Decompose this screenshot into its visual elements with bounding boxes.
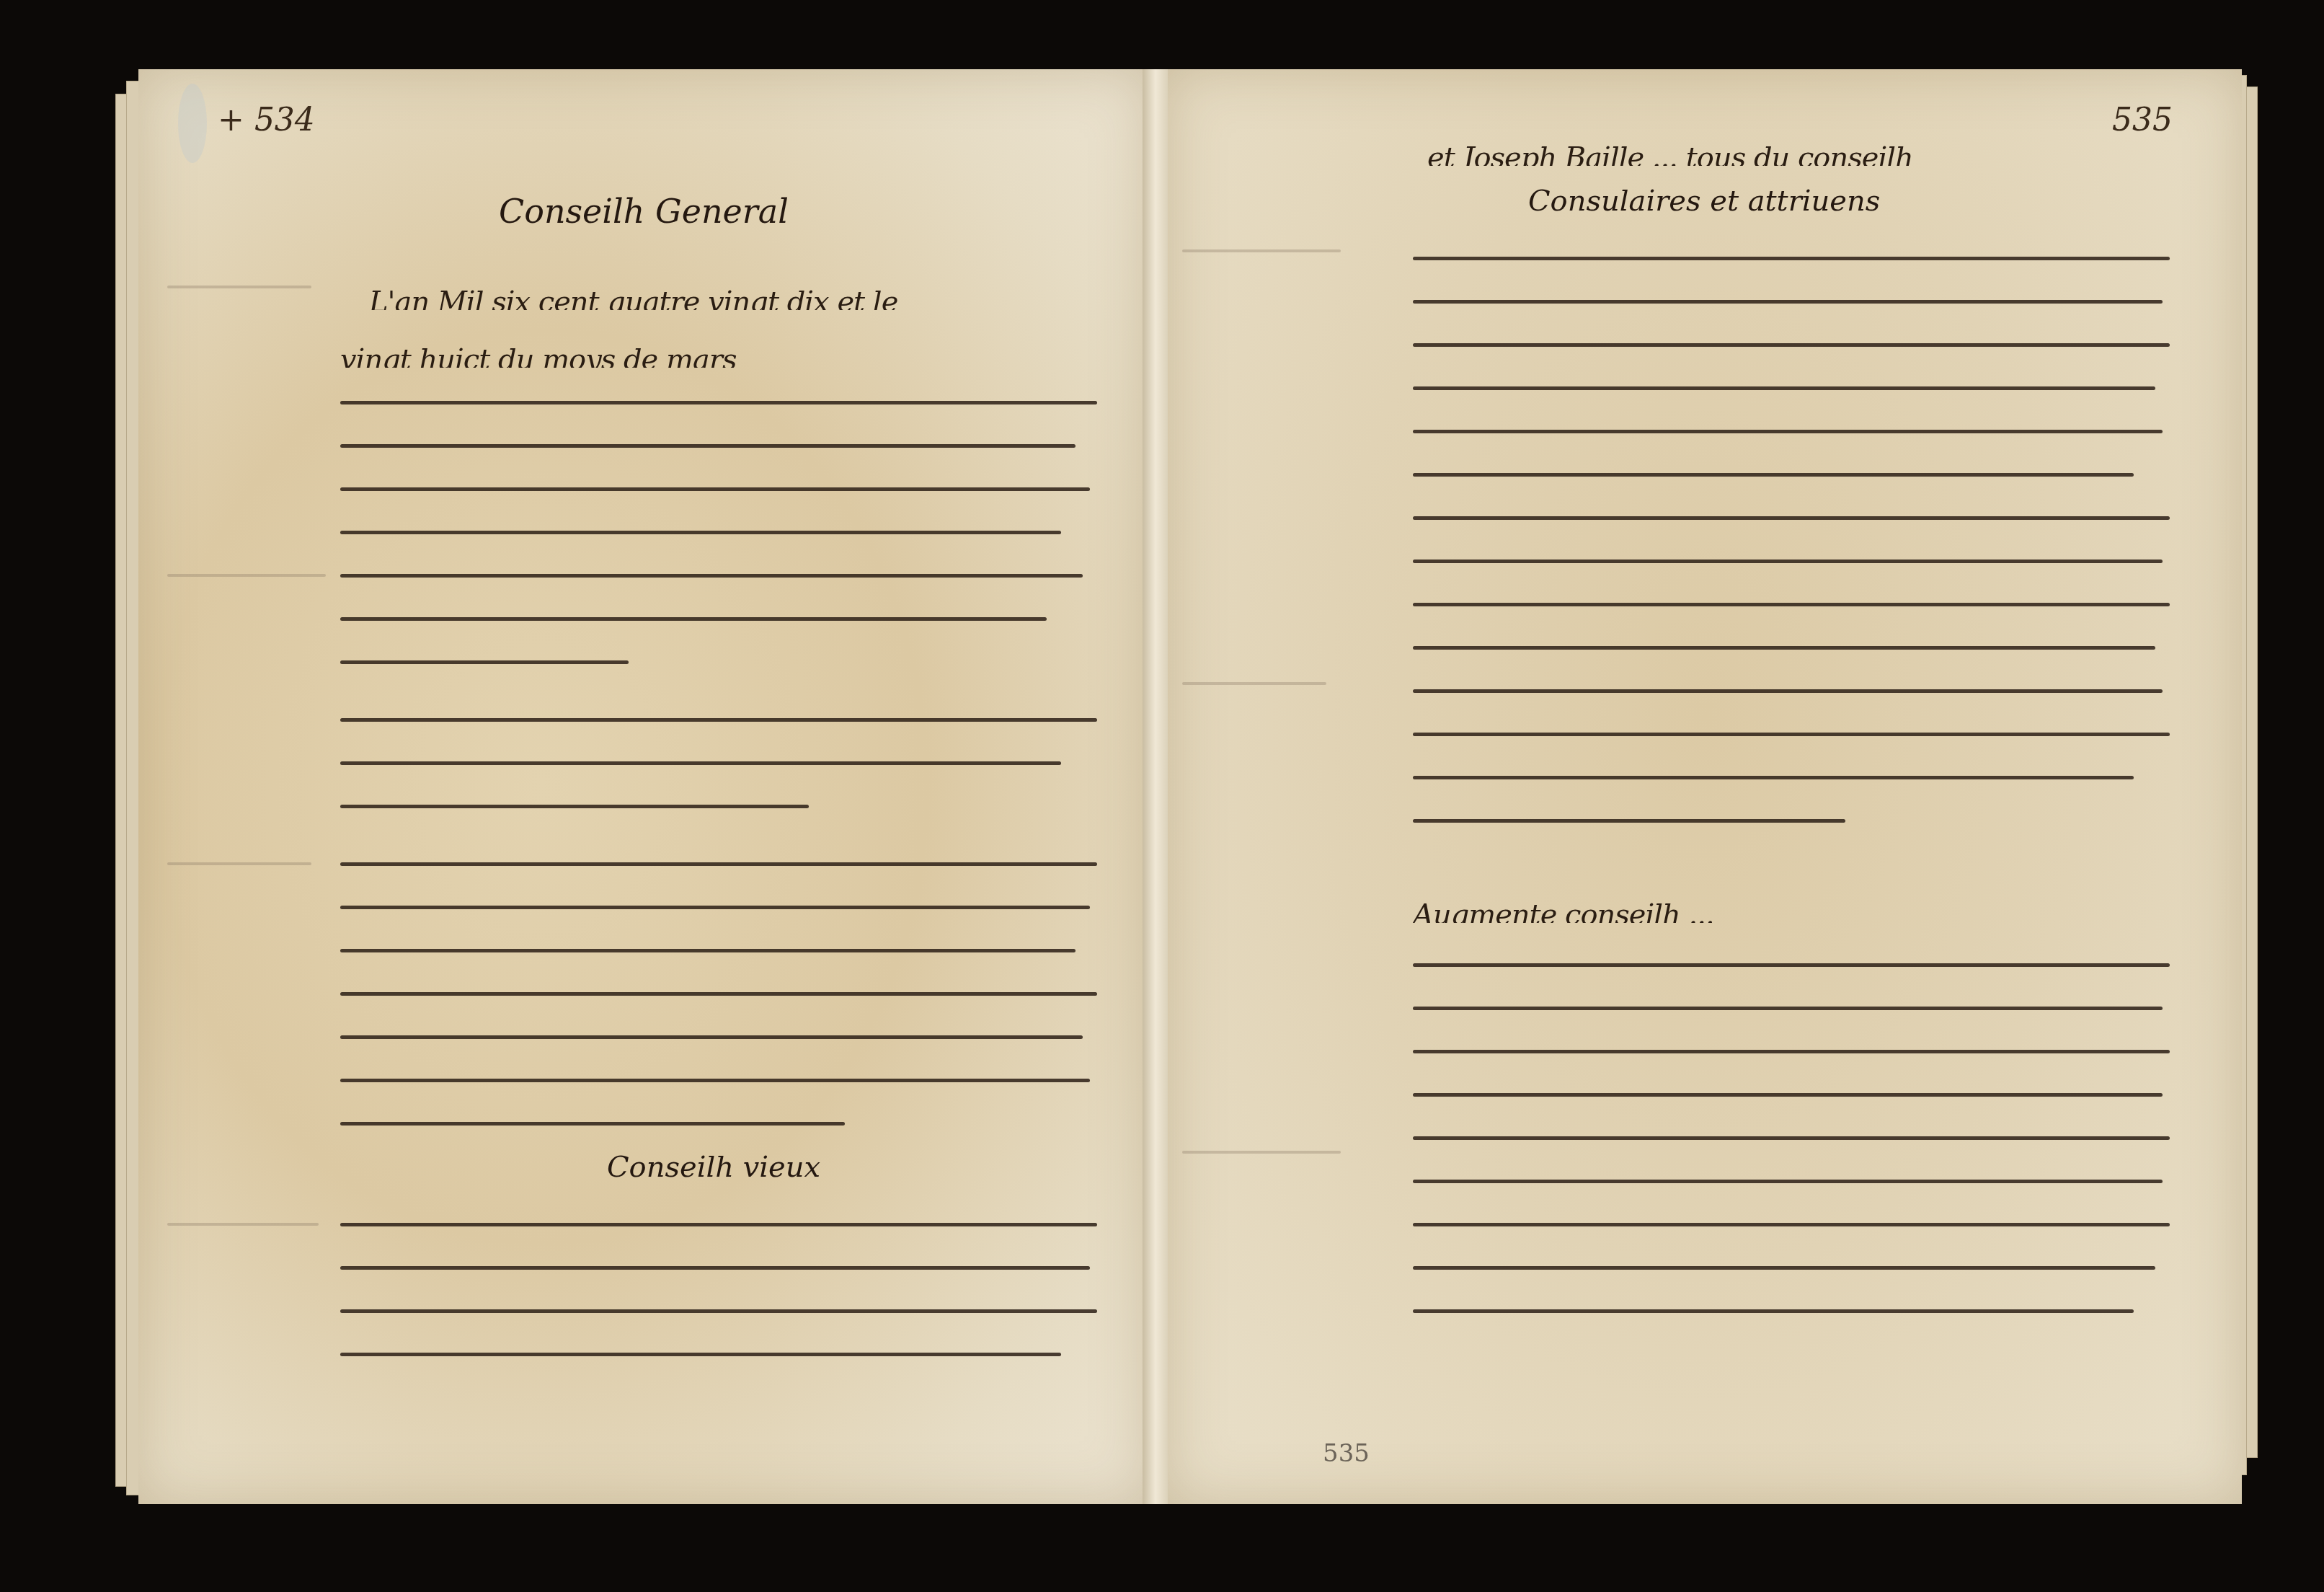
handwriting <box>1413 1266 2155 1270</box>
bleedthrough <box>1182 249 1341 252</box>
pencil-folio-number: 535 <box>1323 1439 1370 1468</box>
handwriting <box>1413 386 2155 390</box>
folio-number-left: 534 <box>254 102 315 138</box>
bleedthrough <box>167 862 311 865</box>
water-stain <box>178 84 207 163</box>
handwriting <box>1413 776 2134 779</box>
handwriting <box>1413 603 2170 606</box>
handwriting <box>340 1309 1097 1313</box>
handwriting <box>1413 963 2170 967</box>
handwriting <box>340 718 1097 722</box>
left-page: + 534 Conseilh General L'an Mil six cent… <box>138 69 1148 1504</box>
page-heading: Conseilh General <box>499 192 789 231</box>
handwriting <box>340 1353 1061 1356</box>
handwriting <box>340 1122 845 1126</box>
folio-mark: + 534 <box>218 102 315 138</box>
handwriting <box>340 862 1097 866</box>
bleedthrough <box>1182 682 1326 685</box>
handwriting <box>1413 1223 2170 1226</box>
handwriting <box>340 949 1075 952</box>
handwriting <box>1413 473 2134 477</box>
handwriting <box>340 805 809 808</box>
handwriting <box>340 761 1061 765</box>
handwriting <box>340 660 629 664</box>
handwriting <box>1413 1093 2163 1097</box>
handwriting <box>340 1266 1090 1270</box>
handwriting <box>340 906 1090 909</box>
handwriting <box>1413 257 2170 260</box>
bleedthrough <box>167 574 326 577</box>
handwriting <box>340 444 1075 448</box>
handwriting <box>1413 646 2155 650</box>
handwriting <box>340 487 1090 491</box>
text-line: et Joseph Baille ... tous du conseilh <box>1427 141 2076 166</box>
handwriting <box>340 574 1083 578</box>
handwriting <box>340 617 1047 621</box>
text-line: Augmente conseilh ... <box>1413 898 1917 923</box>
handwriting <box>1413 1050 2170 1053</box>
handwriting <box>1413 516 2170 520</box>
bleedthrough <box>167 286 311 288</box>
handwriting <box>1413 1180 2163 1183</box>
handwriting <box>1413 1136 2170 1140</box>
handwriting <box>340 1035 1083 1039</box>
handwriting <box>340 1223 1097 1226</box>
section-heading: Conseilh vieux <box>607 1151 820 1184</box>
handwriting <box>1413 733 2170 736</box>
handwriting <box>1413 430 2163 433</box>
handwriting <box>340 531 1061 534</box>
bleedthrough <box>1182 1151 1341 1154</box>
text-line: vingt huict du moys de mars <box>340 343 1061 368</box>
bleedthrough <box>167 1223 319 1226</box>
handwriting <box>1413 819 1845 823</box>
handwriting <box>1413 689 2163 693</box>
handwriting <box>340 992 1097 996</box>
handwriting <box>1413 1309 2134 1313</box>
handwriting <box>340 1079 1090 1082</box>
handwriting <box>1413 560 2163 563</box>
handwriting <box>1413 1007 2163 1010</box>
handwriting <box>340 401 1097 404</box>
folio-number-right: 535 <box>2112 102 2173 138</box>
handwriting <box>1413 300 2163 304</box>
section-heading: Consulaires et attriuens <box>1528 185 1880 218</box>
handwriting <box>1413 343 2170 347</box>
text-line: L'an Mil six cent quatre vingt dix et le <box>369 286 1090 310</box>
right-page: 535 et Joseph Baille ... tous du conseil… <box>1168 69 2242 1504</box>
